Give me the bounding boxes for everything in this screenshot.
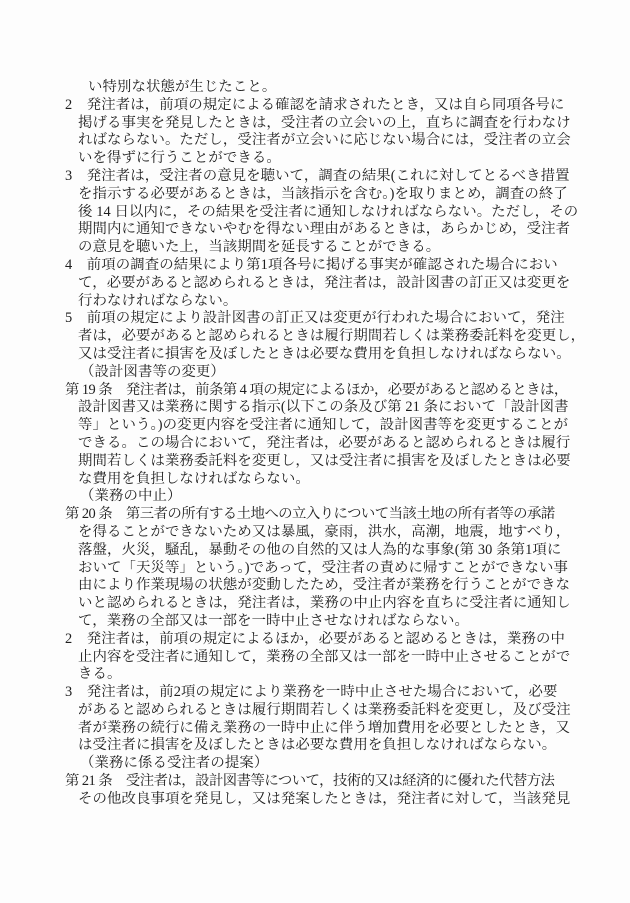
document-text-block: い特別な状態が生じたこと。2 発注者は，前項の規定による確認を請求されたとき，又… bbox=[0, 79, 630, 809]
document-line: きる。 bbox=[78, 666, 630, 684]
document-line: 期間内に通知できないやむを得ない理由があるときは，あらかじめ，受注者 bbox=[78, 221, 630, 239]
document-line: 行わなければならない。 bbox=[78, 293, 630, 311]
document-line: 期間若しくは業務委託料を変更し，又は受注者に損害を及ぼしたときは必要 bbox=[78, 453, 630, 471]
document-line: （業務の中止） bbox=[80, 488, 630, 506]
document-line: を指示する必要があるときは，当該指示を含む。)を取りまとめ，調査の終了 bbox=[78, 186, 630, 204]
document-line: 落盤，火災，騒乱，暴動その他の自然的又は人為的な事象(第 30 条第1項に bbox=[78, 542, 630, 560]
document-line: 者は，必要があると認められるときは履行期間若しくは業務委託料を変更し， bbox=[78, 328, 630, 346]
document-line: 第 21 条 受注者は，設計図書等について，技術的又は経済的に優れた代替方法 bbox=[65, 773, 630, 791]
document-line: て，業務の全部又は一部を一時中止させなければならない。 bbox=[78, 613, 630, 631]
document-line: 3 発注者は，受注者の意見を聴いて，調査の結果(これに対してとるべき措置 bbox=[65, 168, 630, 186]
document-line: があると認められるときは履行期間若しくは業務委託料を変更し，及び受注 bbox=[78, 702, 630, 720]
document-line: 3 発注者は，前2項の規定により業務を一時中止させた場合において，必要 bbox=[65, 684, 630, 702]
document-line: て，必要があると認められるときは，発注者は，設計図書の訂正又は変更を bbox=[78, 275, 630, 293]
document-line: 4 前項の調査の結果により第1項各号に掲げる事実が確認された場合におい bbox=[65, 257, 630, 275]
document-line: の意見を聴いた上，当該期間を延長することができる。 bbox=[78, 239, 630, 257]
document-line: 2 発注者は，前項の規定によるほか，必要があると認めるときは，業務の中 bbox=[65, 631, 630, 649]
document-line: 又は受注者に損害を及ぼしたときは必要な費用を負担しなければならない。 bbox=[78, 346, 630, 364]
document-line: な費用を負担しなければならない。 bbox=[78, 471, 630, 489]
document-line: 第 20 条 第三者の所有する土地への立入りについて当該土地の所有者等の承諾 bbox=[65, 506, 630, 524]
document-line: できる。この場合において，発注者は，必要があると認められるときは履行 bbox=[78, 435, 630, 453]
document-line: を得ることができないため又は暴風，豪雨，洪水，高潮，地震，地すべり， bbox=[78, 524, 630, 542]
document-line: 掲げる事実を発見したときは，受注者の立会いの上，直ちに調査を行わなけ bbox=[78, 115, 630, 133]
document-line: 設計図書又は業務に関する指示(以下この条及び第 21 条において「設計図書 bbox=[78, 399, 630, 417]
document-line: 第 19 条 発注者は，前条第 4 項の規定によるほか，必要があると認めるときは… bbox=[65, 382, 630, 400]
document-line: おいて「天災等」という。)であって，受注者の責めに帰すことができない事 bbox=[78, 560, 630, 578]
document-line: ればならない。ただし，受注者が立会いに応じない場合には，受注者の立会 bbox=[78, 132, 630, 150]
document-line: 5 前項の規定により設計図書の訂正又は変更が行われた場合において，発注 bbox=[65, 310, 630, 328]
document-line: い特別な状態が生じたこと。 bbox=[88, 79, 630, 97]
document-line: 2 発注者は，前項の規定による確認を請求されたとき，又は自ら同項各号に bbox=[65, 97, 630, 115]
document-line: （業務に係る受注者の提案） bbox=[80, 755, 630, 773]
document-line: いと認められるときは，発注者は，業務の中止内容を直ちに受注者に通知し bbox=[78, 595, 630, 613]
document-line: 止内容を受注者に通知して，業務の全部又は一部を一時中止させることがで bbox=[78, 649, 630, 667]
document-line: 等」という。)の変更内容を受注者に通知して，設計図書等を変更することが bbox=[78, 417, 630, 435]
document-line: 由により作業現場の状態が変動したため，受注者が業務を行うことができな bbox=[78, 577, 630, 595]
document-page: い特別な状態が生じたこと。2 発注者は，前項の規定による確認を請求されたとき，又… bbox=[0, 0, 630, 903]
document-line: 者が業務の続行に備え業務の一時中止に伴う増加費用を必要としたとき，又 bbox=[78, 720, 630, 738]
document-line: は受注者に損害を及ぼしたときは必要な費用を負担しなければならない。 bbox=[78, 737, 630, 755]
document-line: 後 14 日以内に，その結果を受注者に通知しなければならない。ただし，その bbox=[78, 204, 630, 222]
document-line: （設計図書等の変更） bbox=[80, 364, 630, 382]
document-line: その他改良事項を発見し，又は発案したときは，発注者に対して，当該発見 bbox=[78, 791, 630, 809]
document-line: いを得ずに行うことができる。 bbox=[78, 150, 630, 168]
